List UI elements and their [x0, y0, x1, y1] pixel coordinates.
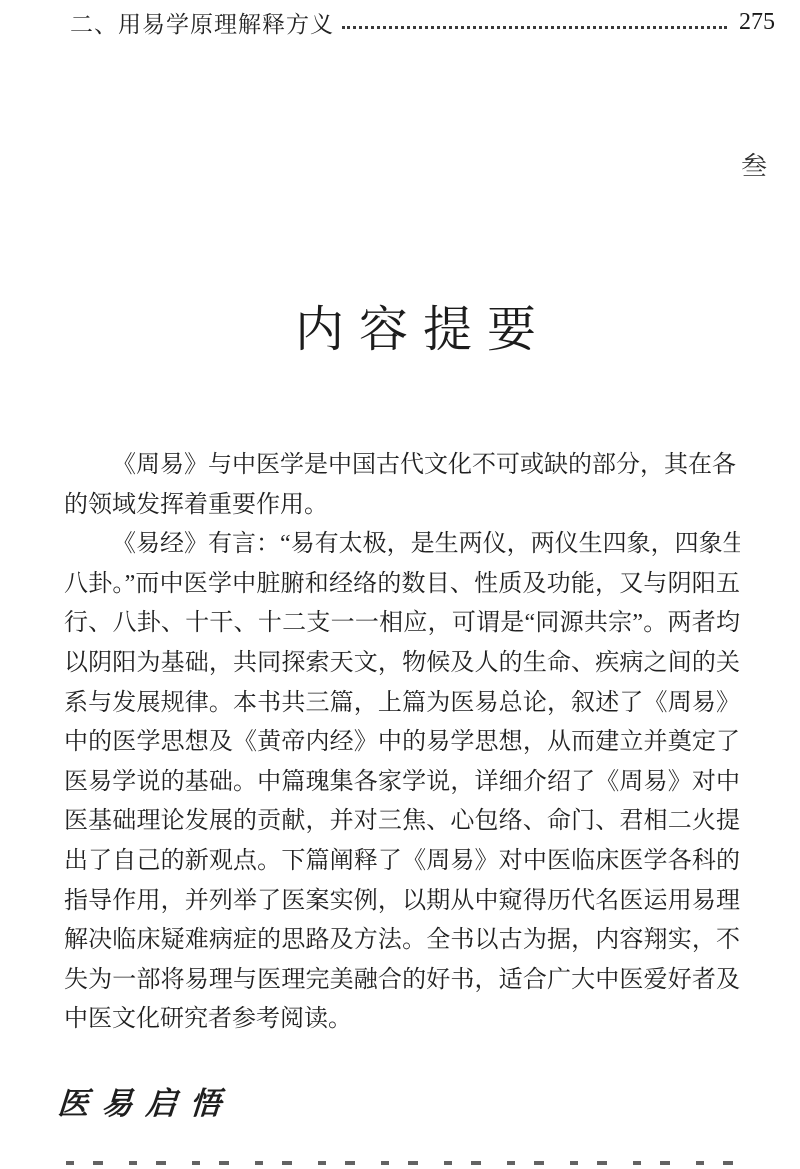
- body-line: 医基础理论发展的贡献，并对三焦、心包络、命门、君相二火提: [64, 802, 740, 842]
- body-line: 中的医学思想及《黄帝内经》中的易学思想，从而建立并奠定了: [64, 723, 740, 763]
- body-line: 指导作用，并列举了医案实例，以期从中窥得历代名医运用易理: [64, 882, 740, 922]
- body-line: 出了自己的新观点。下篇阐释了《周易》对中医临床医学各科的: [64, 842, 740, 882]
- body-line: 医易学说的基础。中篇瑰集各家学说，详细介绍了《周易》对中: [64, 763, 740, 803]
- body-line: 《周易》与中医学是中国古代文化不可或缺的部分，其在各自: [64, 446, 740, 486]
- section-title: 内容提要: [0, 291, 800, 361]
- toc-entry: 二、用易学原理解释方义 275: [70, 7, 775, 37]
- footer-banner-title: 医易启悟: [56, 1078, 235, 1123]
- body-line: 系与发展规律。本书共三篇，上篇为医易总论，叙述了《周易》: [64, 684, 740, 724]
- body-line: 《易经》有言：“易有太极，是生两仪，两仪生四象，四象生: [64, 525, 740, 565]
- body-line: 中医文化研究者参考阅读。: [64, 1000, 740, 1040]
- cropped-text-line: [66, 1161, 742, 1165]
- body-line: 以阴阳为基础，共同探索天文，物候及人的生命、疾病之间的关: [64, 644, 740, 684]
- toc-entry-title: 二、用易学原理解释方义: [70, 6, 334, 39]
- dot-leader: [342, 26, 727, 29]
- folio-marker: 叁: [741, 146, 767, 183]
- body-line: 八卦。”而中医学中脏腑和经络的数目、性质及功能，又与阴阳五: [64, 565, 740, 605]
- body-text: 《周易》与中医学是中国古代文化不可或缺的部分，其在各自 的领域发挥着重要作用。 …: [64, 446, 740, 1040]
- toc-page-number: 275: [739, 9, 775, 36]
- body-line: 的领域发挥着重要作用。: [64, 486, 740, 526]
- body-line: 行、八卦、十干、十二支一一相应，可谓是“同源共宗”。两者均: [64, 604, 740, 644]
- body-line: 解决临床疑难病症的思路及方法。全书以古为据，内容翔实，不: [64, 921, 740, 961]
- body-line: 失为一部将易理与医理完美融合的好书，适合广大中医爱好者及: [64, 961, 740, 1001]
- book-page: 二、用易学原理解释方义 275 叁 内容提要 《周易》与中医学是中国古代文化不可…: [0, 0, 800, 1169]
